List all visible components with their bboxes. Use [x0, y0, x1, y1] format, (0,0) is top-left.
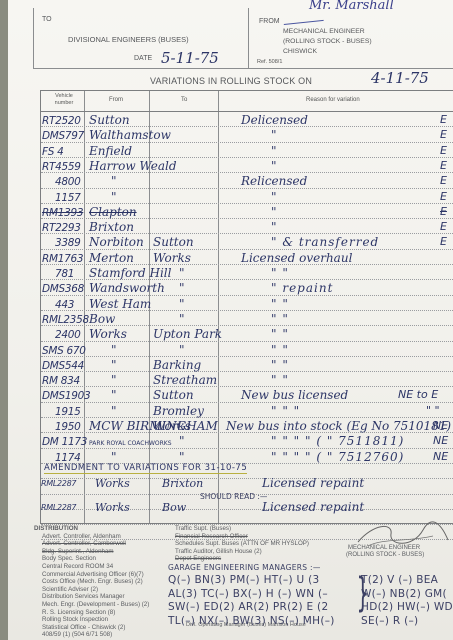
distribution-item: 408/59 (1) (504 6/71 508)	[42, 631, 176, 639]
variation-code: E	[440, 190, 447, 204]
vehicle-number: DMS544	[42, 359, 84, 373]
table-row: 1950MCW BIRMINGHAMWorksNew bus into stoc…	[41, 418, 453, 433]
table-row: 781Stamford Hill"" "	[41, 265, 453, 280]
reason-for-variation: " "	[271, 373, 289, 387]
signoff-line-2: (ROLLING STOCK - BUSES)	[346, 552, 424, 558]
from-location: "	[111, 388, 117, 402]
from-label: FROM	[259, 18, 280, 25]
from-box: FROM Mr. Marshall MECHANICAL ENGINEER (R…	[248, 8, 453, 69]
vehicle-number: 2400	[55, 328, 81, 342]
reason-for-variation: " " " " ( " 7511811)	[271, 434, 404, 448]
to-location: Bromley	[153, 404, 204, 418]
variation-code: E	[440, 113, 447, 127]
amendment-vehicle: RML2287	[41, 479, 76, 488]
reason-for-variation: "	[271, 159, 278, 173]
to-location: Streatham	[153, 373, 217, 387]
table-row: 443West Ham"" "	[41, 296, 453, 311]
table-row: RT2293Brixton"E	[41, 219, 453, 234]
garage-codes-line: SW(–) ED(2) AR(2) PR(2) E (2	[168, 601, 328, 613]
distribution-item: Traffic Auditor, Gillish House (2)	[175, 548, 309, 556]
distribution-item: Rolling Stock Inspection	[42, 616, 176, 624]
to-location: "	[179, 450, 185, 464]
distribution-item: Mech. Engr. (Development - Buses) (2)	[42, 601, 176, 609]
variation-code: NE to E	[398, 388, 438, 402]
table-row: DMS1903"SuttonNew bus licensedNE to E	[41, 387, 453, 402]
from-location: Stamford Hill	[89, 266, 171, 280]
table-row: 1174""" " " " ( " 7512760)NE	[41, 449, 453, 464]
vehicle-number: SMS 670	[42, 344, 86, 358]
amendment-reason: Licensed repaint	[262, 476, 364, 490]
vehicle-number: DMS1903	[42, 389, 90, 403]
distribution-item: Advert. Controller, Aldenham	[42, 533, 176, 541]
from-location: Bow	[89, 312, 115, 326]
reason-for-variation: " "	[271, 266, 289, 280]
document-title: VARIATIONS IN ROLLING STOCK ON	[150, 76, 312, 86]
to-label: TO	[42, 16, 52, 23]
reason-for-variation: "	[271, 128, 278, 142]
to-location: Works	[153, 419, 191, 433]
from-line-2: (ROLLING STOCK - BUSES)	[283, 38, 372, 45]
reason-for-variation: " "	[271, 343, 289, 357]
from-location: Wandsworth	[89, 281, 165, 295]
distribution-item: Traffic Supt. (Buses)	[175, 525, 309, 533]
distribution-item: Advert. Controller, Camberwell	[42, 540, 176, 548]
variation-code: E	[440, 205, 447, 219]
to-location: "	[179, 434, 185, 448]
table-row: 1915"Bromley" " "" "	[41, 403, 453, 418]
table-row: RM1763MertonWorksLicensed overhaul	[41, 250, 453, 265]
to-location: Upton Park	[153, 327, 222, 341]
from-location: West Ham	[89, 297, 151, 311]
to-box: TO DIVISIONAL ENGINEERS (BUSES) DATE 5-1…	[33, 8, 249, 69]
from-line-1: MECHANICAL ENGINEER	[283, 28, 365, 35]
from-line-3: CHISWICK	[283, 48, 317, 55]
vehicle-number: RT2293	[42, 221, 81, 235]
vehicle-number: 3389	[55, 236, 81, 250]
variation-code: E	[440, 159, 447, 173]
reason-for-variation: "	[271, 190, 278, 204]
from-location: Brixton	[89, 220, 134, 234]
from-location: "	[111, 174, 117, 188]
from-location: Sutton	[89, 113, 130, 127]
corrected-from: Works	[95, 501, 130, 514]
distribution-item: Financial Research Officer	[175, 533, 309, 541]
to-location: "	[179, 266, 185, 280]
table-row: RM1393Clapton"E	[41, 204, 453, 219]
vehicle-number: 4800	[55, 175, 81, 189]
variation-code: NE	[433, 419, 448, 433]
table-row: 3389NorbitonSutton" & transferredE	[41, 234, 453, 249]
from-location: "	[111, 373, 117, 387]
variation-code: E	[440, 235, 447, 249]
from-location: "	[111, 343, 117, 357]
col-reason: Reason for variation	[306, 97, 360, 103]
reason-for-variation: " "	[271, 312, 289, 326]
vehicle-number: RT2520	[42, 114, 81, 128]
distribution-right: Traffic Supt. (Buses)Financial Research …	[175, 525, 309, 563]
distribution-item: Costs Office (Mech. Engr. Buses) (2)	[42, 578, 176, 586]
from-location: "	[111, 404, 117, 418]
to-location: "	[179, 312, 185, 326]
corrected-vehicle: RML2287	[41, 503, 76, 512]
from-location: "	[111, 190, 117, 204]
reference: Ref. 508/1	[257, 59, 282, 65]
vehicle-number: RM1393	[42, 206, 83, 220]
garage-codes-line: HD(2) HW(–) WD(	[361, 601, 453, 613]
vehicle-number: 1950	[55, 420, 81, 434]
reason-for-variation: Licensed overhaul	[241, 251, 352, 265]
table-row: RT4559Harrow Weald"E	[41, 158, 453, 173]
vehicle-number: 781	[55, 267, 74, 281]
vehicle-number: 1157	[55, 191, 81, 205]
distribution-item: Schedules Supt. Buses (ATTN OF MR HYSLOP…	[175, 540, 309, 548]
vehicle-number: FS 4	[42, 145, 64, 159]
amendment-title: AMENDMENT TO VARIATIONS FOR 31-10-75	[44, 463, 247, 474]
reason-for-variation: "	[271, 144, 278, 158]
garage-codes-line: SE(–) R (–)	[361, 615, 418, 627]
variation-code: NE	[433, 434, 448, 448]
col-vehicle-number: Vehicle number	[49, 93, 79, 106]
table-row: RM 834"Streatham" "	[41, 372, 453, 387]
reason-for-variation: New bus into stock (Eg No 7510181)	[226, 419, 451, 433]
table-header: Vehicle number From To Reason for variat…	[41, 91, 453, 112]
reason-for-variation: " " "	[271, 404, 300, 418]
vehicle-number: RT4559	[42, 160, 81, 174]
col-from: From	[109, 97, 123, 103]
reason-for-variation: " " " " ( " 7512760)	[271, 450, 404, 464]
vehicle-number: RM1763	[42, 252, 83, 266]
variation-code: NE	[433, 450, 448, 464]
variation-code: E	[440, 128, 447, 142]
title-date: 4-11-75	[371, 69, 429, 87]
reason-for-variation: " "	[271, 327, 289, 341]
variation-code: E	[440, 144, 447, 158]
from-location: Walthamstow	[89, 128, 171, 142]
from-location: "	[111, 450, 117, 464]
corrected-to: Bow	[162, 501, 186, 514]
distribution-item: Central Record ROOM 34	[42, 563, 176, 571]
to-location: Sutton	[153, 388, 194, 402]
garage-codes-line: T(2) V (–) BEA	[361, 574, 438, 586]
reason-for-variation: "	[271, 205, 278, 219]
from-location: "	[111, 358, 117, 372]
from-location: Norbiton	[89, 235, 144, 249]
to-location: "	[179, 297, 185, 311]
vehicle-number: DMS797	[42, 129, 84, 143]
distribution-item: Scientific Adviser (2)	[42, 586, 176, 594]
garage-codes-line: AL(3) TC(–) BX(–) H (–) WN (–	[168, 588, 328, 600]
col-to: To	[181, 97, 187, 103]
distribution-item: Bldg. Superint., Aldenham	[42, 548, 176, 556]
distribution-item: Body Spec. Section	[42, 555, 176, 563]
variation-code: " "	[426, 404, 440, 418]
document-page: TO DIVISIONAL ENGINEERS (BUSES) DATE 5-1…	[8, 0, 453, 640]
from-location: Harrow Weald	[89, 159, 177, 173]
table-row: 4800"RelicensedE	[41, 173, 453, 188]
table-row: DMS797Walthamstow"E	[41, 127, 453, 142]
divisional-operating-manager: Divl. Operating Manager (Buses) Mansion …	[186, 622, 306, 628]
to-recipient: DIVISIONAL ENGINEERS (BUSES)	[68, 35, 189, 44]
to-location: "	[179, 281, 185, 295]
corrected-reason: Licensed repaint	[262, 500, 364, 514]
garage-codes-line: W(–) NB(2) GM(	[361, 588, 447, 600]
vehicle-number: DM 1173	[42, 435, 87, 449]
reason-for-variation: Relicensed	[241, 174, 307, 188]
table-row: FS 4Enfield"E	[41, 143, 453, 158]
distribution-left: DISTRIBUTION Advert. Controller, Aldenha…	[34, 525, 176, 640]
reason-for-variation: " repaint	[271, 281, 333, 295]
amendment-from: Works	[95, 477, 130, 490]
distribution-item: Commercial Advertising Officer (6)(7)	[42, 571, 176, 579]
reason-for-variation: " & transferred	[271, 235, 379, 249]
vehicle-number: 443	[55, 298, 74, 312]
distribution-item: Depot Engineers	[175, 555, 309, 563]
distribution-item: Distribution Services Manager	[42, 593, 176, 601]
signature-scrawl	[353, 520, 453, 552]
reason-for-variation: " "	[271, 358, 289, 372]
table-row: 1157""E	[41, 189, 453, 204]
date-label: DATE	[134, 55, 152, 62]
vehicle-number: RML2358	[42, 313, 89, 327]
reason-for-variation: New bus licensed	[241, 388, 348, 402]
from-location: Enfield	[89, 144, 132, 158]
table-row: DMS544"Barking" "	[41, 357, 453, 372]
vehicle-number: DMS368	[42, 282, 84, 296]
to-location: "	[179, 343, 185, 357]
table-row: RT2520SuttonDelicensedE	[41, 112, 453, 127]
vehicle-number: 1915	[55, 405, 81, 419]
distribution-item: Statistical Office - Chiswick (2)	[42, 624, 176, 632]
reason-for-variation: "	[271, 220, 278, 234]
reason-for-variation: " "	[271, 297, 289, 311]
should-read-label: SHOULD READ :—	[200, 492, 267, 501]
date-value: 5-11-75	[161, 49, 219, 67]
table-row: DM 1173PARK ROYAL COACHWORKS"" " " " ( "…	[41, 433, 453, 448]
table-row: DMS368Wandsworth"" repaint	[41, 280, 453, 295]
variations-table: Vehicle number From To Reason for variat…	[40, 90, 453, 524]
reason-for-variation: Delicensed	[241, 113, 308, 127]
from-location: Clapton	[89, 205, 137, 219]
garage-heading: GARAGE ENGINEERING MANAGERS :—	[168, 563, 321, 572]
garage-codes-line: Q(–) BN(3) PM(–) HT(–) U (3	[168, 574, 319, 586]
from-location: Merton	[89, 251, 134, 265]
amendment-to: Brixton	[162, 477, 203, 490]
brace-mark: }	[356, 570, 369, 616]
table-row: RML2358Bow"" "	[41, 311, 453, 326]
distribution-item: R. S. Licensing Section (8)	[42, 609, 176, 617]
variation-code: E	[440, 220, 447, 234]
table-row: SMS 670""" "	[41, 342, 453, 357]
distribution-heading: DISTRIBUTION	[34, 525, 176, 533]
to-location: Sutton	[153, 235, 194, 249]
scribble-mark	[282, 6, 323, 25]
variation-code: E	[440, 174, 447, 188]
from-location: Works	[89, 327, 127, 341]
table-row: 2400WorksUpton Park" "	[41, 326, 453, 341]
to-location: Works	[153, 251, 191, 265]
vehicle-number: RM 834	[42, 374, 80, 388]
to-location: Barking	[153, 358, 201, 372]
